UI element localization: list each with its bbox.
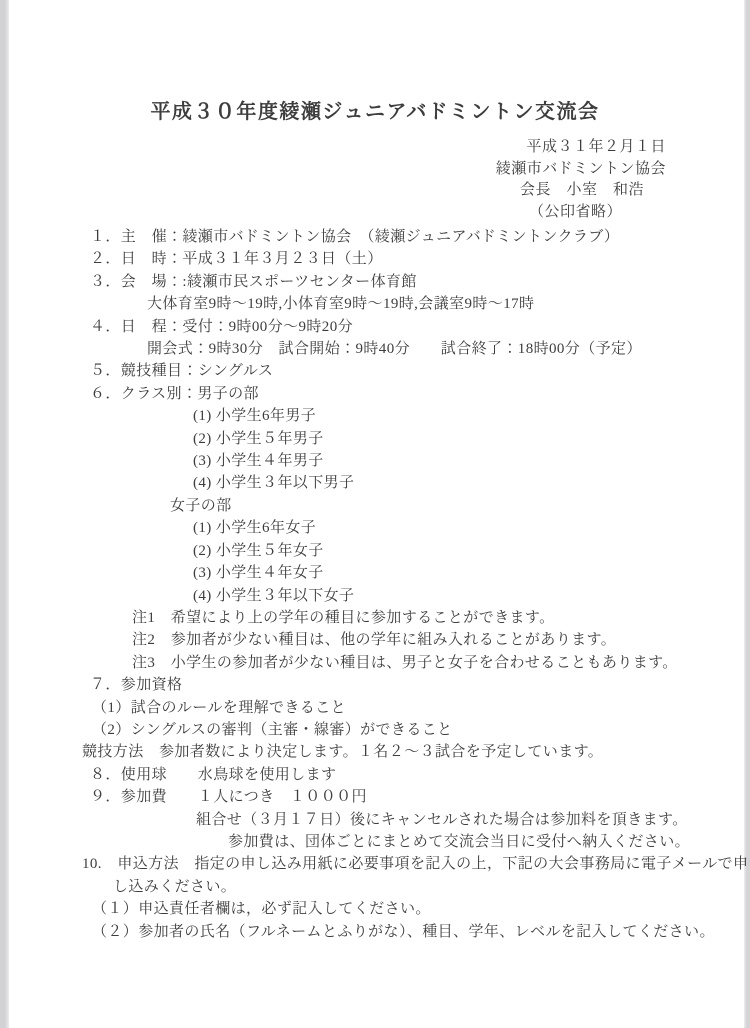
issue-date: 平成３１年２月１日 (0, 137, 750, 159)
class-girls-2: (2) 小学生５年女子 (80, 540, 714, 562)
seal-note: （公印省略） (0, 202, 750, 224)
item-datetime: ２．日 時：平成３１年３月２３日（土） (80, 248, 714, 270)
item-schedule: ４．日 程：受付：9時00分～9時20分 (80, 316, 714, 338)
class-boys-4: (4) 小学生３年以下男子 (80, 472, 714, 494)
class-girls-3: (3) 小学生４年女子 (80, 562, 714, 584)
document-title: 平成３０年度綾瀬ジュニアバドミントン交流会 (0, 95, 750, 124)
class-girls-1: (1) 小学生6年女子 (80, 517, 714, 539)
note-2: 注2 参加者が少ない種目は、他の学年に組み入れることがあります。 (80, 629, 714, 651)
class-girls-header: 女子の部 (80, 495, 714, 517)
class-boys-1: (1) 小学生6年男子 (80, 405, 714, 427)
item-method: 競技方法 参加者数により決定します。１名２～３試合を予定しています。 (80, 741, 714, 763)
item-application-wrap: し込みください。 (80, 876, 714, 898)
organization-name: 綾瀬市バドミントン協会 (0, 159, 750, 181)
president-name: 会長 小室 和浩 (0, 180, 750, 202)
item-eligibility: ７．参加資格 (80, 674, 714, 696)
item-host: １．主 催：綾瀬市バドミントン協会 （綾瀬ジュニアバドミントンクラブ） (80, 226, 714, 248)
item-class-header: ６．クラス別：男子の部 (80, 383, 714, 405)
eligibility-2: （2）シングルスの審判（主審・線審）ができること (80, 719, 714, 741)
item-schedule-detail: 開会式：9時30分 試合開始：9時40分 試合終了：18時00分（予定） (80, 338, 714, 360)
note-3: 注3 小学生の参加者が少ない種目は、男子と女子を合わせることもあります。 (80, 652, 714, 674)
application-2: （２）参加者の氏名（フルネームとふりがな）、種目、学年、レベルを記入してください… (80, 921, 714, 943)
item-venue: ３．会 場：:綾瀬市民スポーツセンター体育館 (80, 271, 714, 293)
document-page: 平成３０年度綾瀬ジュニアバドミントン交流会 平成３１年２月１日 綾瀬市バドミント… (0, 0, 750, 1028)
class-boys-3: (3) 小学生４年男子 (80, 450, 714, 472)
note-1: 注1 希望により上の学年の種目に参加することができます。 (80, 607, 714, 629)
item-application: 10. 申込方法 指定の申し込み用紙に必要事項を記入の上，下記の大会事務局に電子… (80, 853, 714, 875)
class-girls-4: (4) 小学生３年以下女子 (80, 585, 714, 607)
fee-note-cancel: 組合せ（３月１７日）後にキャンセルされた場合は参加料を頂きます。 (80, 809, 714, 831)
class-boys-2: (2) 小学生５年男子 (80, 428, 714, 450)
document-body: １．主 催：綾瀬市バドミントン協会 （綾瀬ジュニアバドミントンクラブ） ２．日 … (80, 226, 714, 943)
item-event: ５．競技種目：シングルス (80, 360, 714, 382)
item-fee: ９．参加費 １人につき １０００円 (80, 786, 714, 808)
item-venue-hours: 大体育室9時～19時,小体育室9時～19時,会議室9時～17時 (80, 293, 714, 315)
document-header-right: 平成３１年２月１日 綾瀬市バドミントン協会 会長 小室 和浩 （公印省略） (0, 137, 750, 223)
eligibility-1: （1）試合のルールを理解できること (80, 697, 714, 719)
item-shuttle: ８．使用球 水鳥球を使用します (80, 764, 714, 786)
fee-note-payment: 参加費は、団体ごとにまとめて交流会当日に受付へ納入ください。 (80, 831, 714, 853)
application-1: （１）申込責任者欄は，必ず記入してください。 (80, 898, 714, 920)
